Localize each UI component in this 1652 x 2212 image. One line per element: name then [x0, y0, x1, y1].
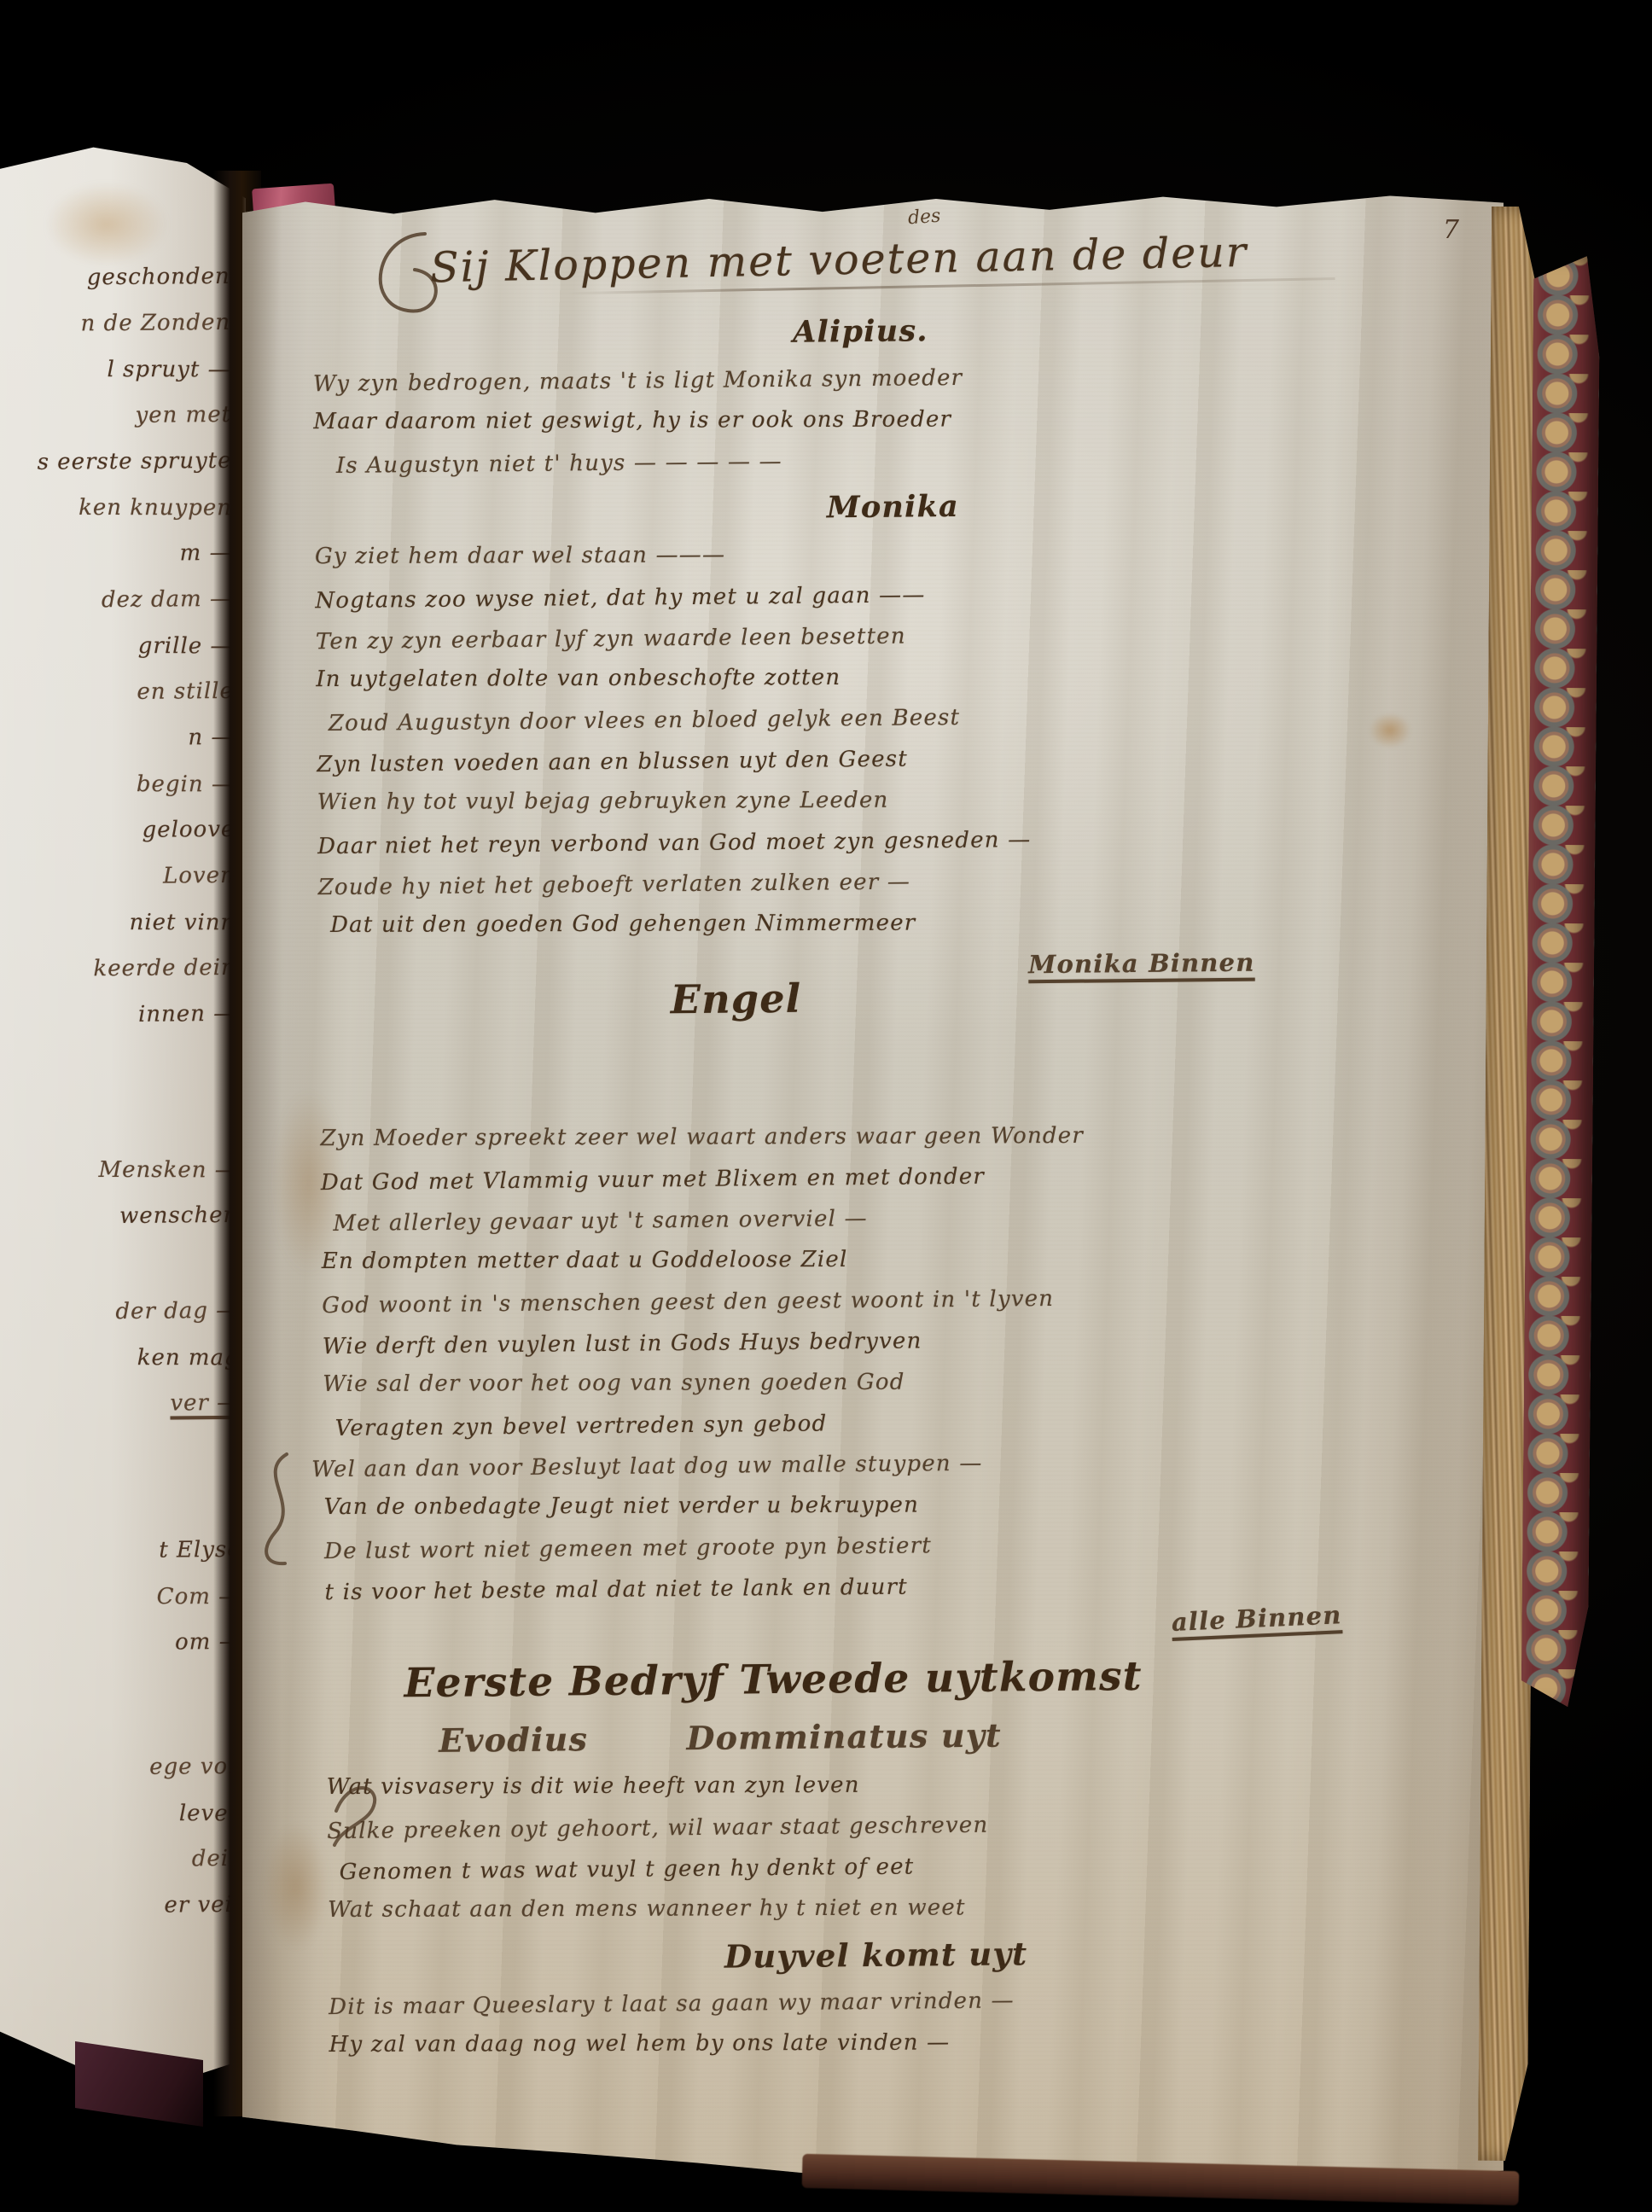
- handwritten-line-fragment: grille —: [0, 623, 233, 669]
- handwritten-line-fragment: ege von: [6, 1743, 243, 1791]
- left-page: geschondenn de Zondenl spruyt —yen mets …: [0, 143, 246, 2106]
- handwritten-line-fragment: leven: [6, 1790, 243, 1837]
- manuscript-photograph: geschondenn de Zondenl spruyt —yen mets …: [0, 0, 1652, 2212]
- handwritten-line: Gy ziet hem daar wel staan ———: [315, 532, 1460, 577]
- page-title: Sij Kloppen met voeten aan de deur: [430, 224, 1438, 293]
- handwritten-line: Wie sal der voor het oog van synen goede…: [323, 1359, 1468, 1405]
- handwritten-line-fragment: t Elyse: [3, 1527, 241, 1575]
- handwritten-line-fragment: der dag —: [2, 1288, 239, 1336]
- manuscript-text: Alipius.Wy zyn bedrogen, maats 't is lig…: [263, 300, 1475, 2069]
- handwritten-line-fragment: geloove: [0, 806, 236, 854]
- handwritten-line: Van de onbedagte Jeugt niet verder u bek…: [324, 1482, 1469, 1528]
- handwritten-line: Hy zal van daag nog wel hem by ons late …: [329, 2020, 1475, 2065]
- handwritten-line-fragment: om —: [4, 1619, 241, 1667]
- handwritten-line-fragment: s eerste spruyte: [0, 438, 232, 486]
- page-header: Sij Kloppen met voeten aan de deur des 7: [362, 210, 1471, 312]
- handwritten-line-fragment: m —: [0, 530, 233, 578]
- marbled-cover-edge: [1521, 256, 1601, 1708]
- handwritten-line-fragment: geschonden: [0, 253, 230, 301]
- handwritten-line-fragment: keerde dein: [0, 945, 236, 992]
- handwritten-line-fragment: dein: [7, 1836, 244, 1883]
- handwritten-line: Wat visvasery is dit wie heeft van zyn l…: [327, 1762, 1472, 1807]
- handwritten-line: In uytgelaten dolte van onbeschofte zott…: [316, 655, 1461, 700]
- handwritten-line-fragment: Com —: [4, 1574, 241, 1620]
- handwritten-line: Dat uit den goeden God gehengen Nimmerme…: [330, 900, 1463, 946]
- handwritten-line-fragment: wenschen: [1, 1192, 238, 1240]
- handwritten-line-fragment: n —: [0, 714, 235, 762]
- handwritten-line-fragment: ken knuypen: [0, 485, 232, 531]
- handwritten-line: Evodius Domminatus uyt: [439, 1703, 1472, 1769]
- handwritten-line: Maar daarom niet geswigt, hy is er ook o…: [313, 397, 1458, 442]
- handwritten-line-fragment: n de Zonden: [0, 300, 230, 347]
- handwritten-line-fragment: dez dam —: [0, 576, 233, 624]
- handwritten-line-fragment: l spruyt —: [0, 346, 231, 393]
- page-number: 7: [1443, 215, 1459, 245]
- handwritten-line: Wat schaat aan den mens wanneer hy t nie…: [328, 1885, 1473, 1930]
- handwritten-line-fragment: Mensken —: [1, 1147, 238, 1193]
- handwritten-line-fragment: Loven: [0, 853, 236, 900]
- handwritten-line-fragment: begin —: [0, 761, 235, 807]
- handwritten-line: Monika: [326, 475, 1460, 539]
- handwritten-line-fragment: yen met: [0, 392, 231, 439]
- title-superscript: des: [907, 206, 941, 230]
- handwritten-line: Wien hy tot vuyl bejag gebruyken zyne Le…: [317, 777, 1463, 823]
- handwritten-line: En dompten metter daat u Goddeloose Ziel: [322, 1237, 1467, 1282]
- handwritten-line: Zyn Moeder spreekt zeer wel waart anders…: [320, 1114, 1465, 1159]
- handwritten-line-fragment: er veir: [7, 1882, 244, 1930]
- handwritten-line-fragment: innen —: [0, 991, 236, 1039]
- handwritten-line-fragment: niet vinn: [0, 899, 236, 946]
- right-page: Sij Kloppen met voeten aan de deur des 7…: [242, 193, 1504, 2185]
- handwritten-line-fragment: ken mag: [3, 1335, 240, 1381]
- handwritten-line-fragment: ver —: [3, 1380, 240, 1428]
- handwritten-line-fragment: en stille: [0, 668, 234, 716]
